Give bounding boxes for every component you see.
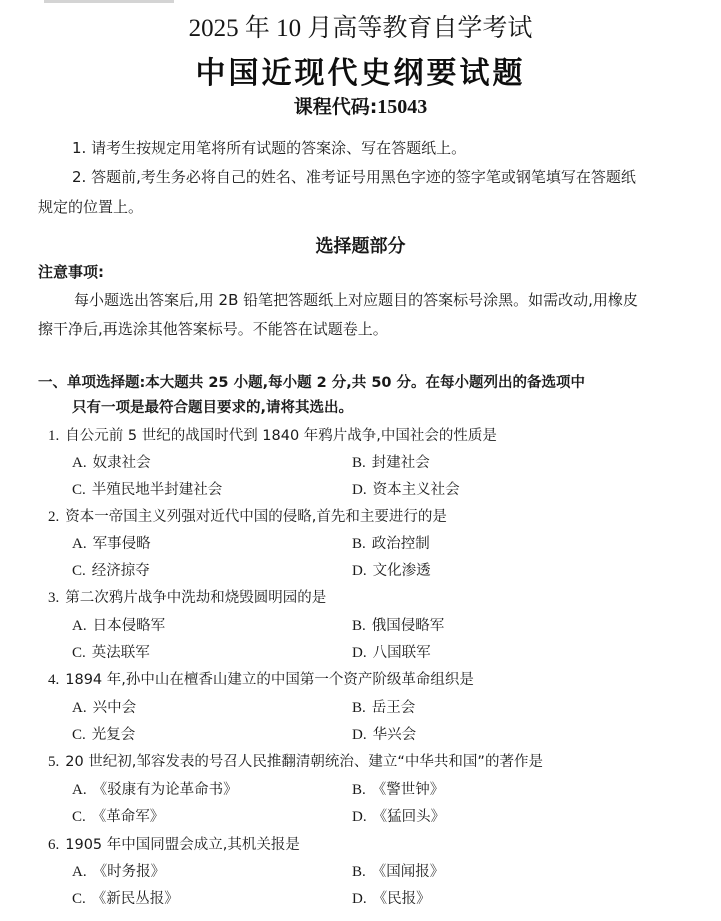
option-letter: B. bbox=[352, 782, 366, 798]
question-2-option-a: A.军事侵略 bbox=[72, 532, 151, 553]
question-5-option-c: C.《革命军》 bbox=[72, 805, 164, 826]
option-text: 俄国侵略军 bbox=[372, 618, 445, 634]
option-letter: D. bbox=[352, 645, 367, 661]
option-letter: A. bbox=[72, 618, 87, 634]
question-4-option-a: A.兴中会 bbox=[72, 696, 136, 717]
notice-title: 注意事项: bbox=[38, 261, 104, 282]
question-6-option-b: B.《国闻报》 bbox=[352, 860, 444, 881]
question-text: 第二次鸦片战争中洗劫和烧毁圆明园的是 bbox=[65, 590, 326, 606]
question-2-option-c: C.经济掠夺 bbox=[72, 559, 150, 580]
option-text: 《警世钟》 bbox=[372, 782, 445, 798]
question-6-option-d: D.《民报》 bbox=[352, 887, 431, 908]
option-letter: A. bbox=[72, 700, 87, 716]
option-text: 《国闻报》 bbox=[372, 864, 445, 880]
question-text: 自公元前 5 世纪的战国时代到 1840 年鸦片战争,中国社会的性质是 bbox=[65, 428, 497, 444]
section-title: 选择题部分 bbox=[0, 232, 721, 258]
question-5-option-b: B.《警世钟》 bbox=[352, 778, 444, 799]
option-letter: D. bbox=[352, 727, 367, 743]
question-number: 5. bbox=[48, 754, 59, 770]
option-text: 奴隶社会 bbox=[93, 455, 151, 471]
option-text: 《民报》 bbox=[373, 891, 431, 907]
question-6-stem: 6.1905 年中国同盟会成立,其机关报是 bbox=[48, 833, 300, 854]
question-4-stem: 4.1894 年,孙中山在檀香山建立的中国第一个资产阶级革命组织是 bbox=[48, 668, 474, 689]
option-letter: A. bbox=[72, 864, 87, 880]
option-text: 《新民丛报》 bbox=[92, 891, 179, 907]
option-text: 华兴会 bbox=[373, 727, 417, 743]
question-5-option-a: A.《驳康有为论革命书》 bbox=[72, 778, 238, 799]
option-letter: B. bbox=[352, 618, 366, 634]
option-letter: C. bbox=[72, 563, 86, 579]
option-text: 岳王会 bbox=[372, 700, 416, 716]
question-number: 2. bbox=[48, 509, 59, 525]
question-text: 20 世纪初,邹容发表的号召人民推翻清朝统治、建立“中华共和国”的著作是 bbox=[65, 754, 543, 770]
course-code: 课程代码:15043 bbox=[0, 92, 721, 119]
option-text: 文化渗透 bbox=[373, 563, 431, 579]
question-number: 1. bbox=[48, 428, 59, 444]
option-letter: C. bbox=[72, 645, 86, 661]
question-2-option-b: B.政治控制 bbox=[352, 532, 430, 553]
question-3-option-a: A.日本侵略军 bbox=[72, 614, 165, 635]
question-number: 3. bbox=[48, 590, 59, 606]
question-3-option-d: D.八国联军 bbox=[352, 641, 431, 662]
question-1-option-a: A.奴隶社会 bbox=[72, 451, 151, 472]
option-text: 《革命军》 bbox=[92, 809, 165, 825]
instruction-2: 2. 答题前,考生务必将自己的姓名、准考证号用黑色字迹的签字笔或钢笔填写在答题纸 bbox=[72, 166, 636, 187]
question-2-option-d: D.文化渗透 bbox=[352, 559, 431, 580]
question-number: 6. bbox=[48, 837, 59, 853]
option-letter: D. bbox=[352, 891, 367, 907]
instruction-2-continued: 规定的位置上。 bbox=[38, 196, 143, 217]
option-text: 《时务报》 bbox=[93, 864, 166, 880]
question-3-option-c: C.英法联军 bbox=[72, 641, 150, 662]
question-6-option-a: A.《时务报》 bbox=[72, 860, 165, 881]
option-text: 半殖民地半封建社会 bbox=[92, 482, 223, 498]
part-one-heading-continued: 只有一项是最符合题目要求的,请将其选出。 bbox=[72, 396, 353, 417]
question-4-option-c: C.光复会 bbox=[72, 723, 135, 744]
notice-line-1: 每小题选出答案后,用 2B 铅笔把答题纸上对应题目的答案标号涂黑。如需改动,用橡… bbox=[74, 289, 638, 310]
option-text: 《猛回头》 bbox=[373, 809, 446, 825]
course-code-label: 课程代码: bbox=[294, 96, 378, 118]
option-letter: C. bbox=[72, 727, 86, 743]
question-6-option-c: C.《新民丛报》 bbox=[72, 887, 179, 908]
cropped-header-remnant bbox=[44, 0, 174, 3]
option-letter: D. bbox=[352, 563, 367, 579]
question-5-stem: 5.20 世纪初,邹容发表的号召人民推翻清朝统治、建立“中华共和国”的著作是 bbox=[48, 750, 543, 771]
course-code-value: 15043 bbox=[377, 96, 427, 118]
option-letter: B. bbox=[352, 455, 366, 471]
option-letter: A. bbox=[72, 455, 87, 471]
option-text: 兴中会 bbox=[93, 700, 137, 716]
option-letter: C. bbox=[72, 809, 86, 825]
option-text: 资本主义社会 bbox=[373, 482, 460, 498]
question-4-option-b: B.岳王会 bbox=[352, 696, 415, 717]
option-text: 经济掠夺 bbox=[92, 563, 150, 579]
option-text: 光复会 bbox=[92, 727, 136, 743]
option-letter: C. bbox=[72, 482, 86, 498]
option-letter: D. bbox=[352, 482, 367, 498]
question-number: 4. bbox=[48, 672, 59, 688]
question-4-option-d: D.华兴会 bbox=[352, 723, 416, 744]
option-text: 《驳康有为论革命书》 bbox=[93, 782, 238, 798]
question-text: 1894 年,孙中山在檀香山建立的中国第一个资产阶级革命组织是 bbox=[65, 672, 474, 688]
option-text: 英法联军 bbox=[92, 645, 150, 661]
option-letter: C. bbox=[72, 891, 86, 907]
question-1-option-d: D.资本主义社会 bbox=[352, 478, 460, 499]
option-text: 八国联军 bbox=[373, 645, 431, 661]
question-5-option-d: D.《猛回头》 bbox=[352, 805, 445, 826]
option-letter: B. bbox=[352, 864, 366, 880]
option-text: 军事侵略 bbox=[93, 536, 151, 552]
option-text: 封建社会 bbox=[372, 455, 430, 471]
option-text: 政治控制 bbox=[372, 536, 430, 552]
question-3-stem: 3.第二次鸦片战争中洗劫和烧毁圆明园的是 bbox=[48, 586, 326, 607]
notice-line-2: 擦干净后,再选涂其他答案标号。不能答在试题卷上。 bbox=[38, 318, 388, 339]
option-letter: A. bbox=[72, 536, 87, 552]
question-3-option-b: B.俄国侵略军 bbox=[352, 614, 444, 635]
question-1-stem: 1.自公元前 5 世纪的战国时代到 1840 年鸦片战争,中国社会的性质是 bbox=[48, 424, 497, 445]
question-1-option-c: C.半殖民地半封建社会 bbox=[72, 478, 222, 499]
question-2-stem: 2.资本一帝国主义列强对近代中国的侵略,首先和主要进行的是 bbox=[48, 505, 447, 526]
instruction-1: 1. 请考生按规定用笔将所有试题的答案涂、写在答题纸上。 bbox=[72, 137, 466, 158]
exam-session-title: 2025 年 10 月高等教育自学考试 bbox=[0, 8, 721, 44]
option-text: 日本侵略军 bbox=[93, 618, 166, 634]
question-1-option-b: B.封建社会 bbox=[352, 451, 430, 472]
question-text: 1905 年中国同盟会成立,其机关报是 bbox=[65, 837, 300, 853]
part-one-heading: 一、单项选择题:本大题共 25 小题,每小题 2 分,共 50 分。在每小题列出… bbox=[38, 371, 585, 392]
question-text: 资本一帝国主义列强对近代中国的侵略,首先和主要进行的是 bbox=[65, 509, 447, 525]
option-letter: A. bbox=[72, 782, 87, 798]
option-letter: B. bbox=[352, 536, 366, 552]
option-letter: D. bbox=[352, 809, 367, 825]
option-letter: B. bbox=[352, 700, 366, 716]
paper-title: 中国近现代史纲要试题 bbox=[0, 48, 721, 92]
